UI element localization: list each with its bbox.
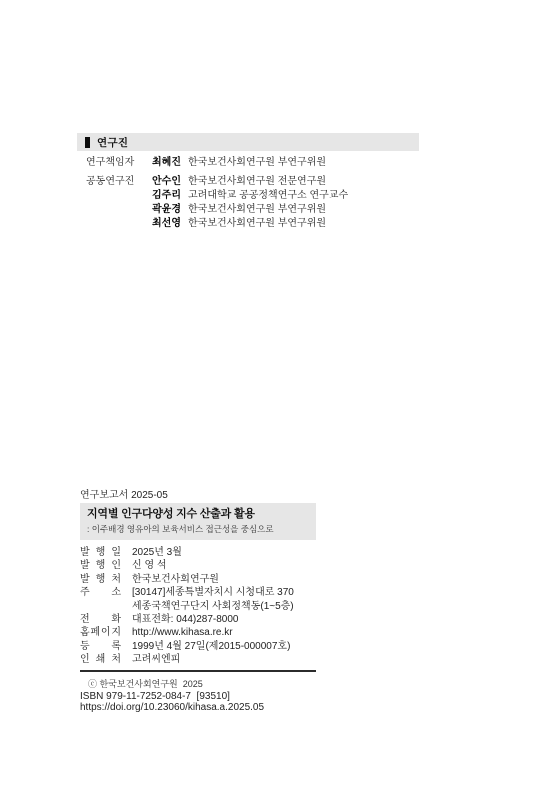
pub-info-row: 주소[30147]세종특별자치시 시청대로 370세종국책연구단지 사회정책동(… (80, 586, 294, 613)
member-affiliation: 한국보건사회연구원 부연구위원 (188, 217, 326, 231)
pub-info-line: 세종국책연구단지 사회정책동(1~5층) (132, 600, 294, 613)
pub-info-line: 2025년 3월 (132, 546, 182, 559)
pub-info-label: 발행인 (80, 559, 121, 572)
research-team-table: 연구책임자최혜진한국보건사회연구원 부연구위원공동연구진안수인한국보건사회연구원… (86, 156, 348, 236)
pub-info-value: [30147]세종특별자치시 시청대로 370세종국책연구단지 사회정책동(1~… (132, 586, 294, 613)
research-team-header: 연구진 (77, 133, 419, 151)
pub-info-row: 발행일2025년 3월 (80, 546, 294, 559)
isbn-line: ISBN 979-11-7252-084-7 [93510] (80, 691, 264, 702)
report-title-box: 지역별 인구다양성 지수 산출과 활용 : 이주배경 영유아의 보육서비스 접근… (80, 503, 316, 540)
pub-info-row: 발행인신 영 석 (80, 559, 294, 572)
pub-info-row: 등록1999년 4월 27일(제2015-000007호) (80, 640, 294, 653)
pub-info-row: 전화대표전화: 044)287-8000 (80, 613, 294, 626)
member-affiliation: 고려대학교 공공정책연구소 연구교수 (188, 189, 348, 203)
pub-info-label: 주소 (80, 586, 121, 613)
section-marker-icon (85, 137, 90, 148)
member-name: 김주리 (152, 189, 188, 203)
pub-info-value: 1999년 4월 27일(제2015-000007호) (132, 640, 290, 653)
pub-info-value: 신 영 석 (132, 559, 167, 572)
pub-info-value: 고려씨엔피 (132, 653, 180, 666)
pub-info-line: 1999년 4월 27일(제2015-000007호) (132, 640, 290, 653)
copyright-line: ⓒ 한국보건사회연구원 2025 (80, 679, 264, 690)
pub-info-label: 홈페이지 (80, 626, 121, 639)
member-affiliation: 한국보건사회연구원 부연구위원 (188, 156, 326, 170)
team-members: 안수인한국보건사회연구원 전문연구원김주리고려대학교 공공정책연구소 연구교수곽… (152, 175, 348, 231)
team-member-row: 김주리고려대학교 공공정책연구소 연구교수 (152, 189, 348, 203)
member-name: 곽윤경 (152, 203, 188, 217)
pub-info-label: 등록 (80, 640, 121, 653)
footer-divider (80, 670, 316, 672)
member-affiliation: 한국보건사회연구원 부연구위원 (188, 203, 326, 217)
team-group: 공동연구진안수인한국보건사회연구원 전문연구원김주리고려대학교 공공정책연구소 … (86, 175, 348, 231)
pub-info-value: 2025년 3월 (132, 546, 182, 559)
pub-info-label: 발행일 (80, 546, 121, 559)
pub-info-value: 한국보건사회연구원 (132, 573, 219, 586)
pub-info-row: 홈페이지http://www.kihasa.re.kr (80, 626, 294, 639)
homepage-url-link[interactable]: http://www.kihasa.re.kr (132, 626, 233, 639)
member-name: 최선영 (152, 217, 188, 231)
pub-info-label: 발행처 (80, 573, 121, 586)
pub-info-row: 발행처한국보건사회연구원 (80, 573, 294, 586)
team-member-row: 최선영한국보건사회연구원 부연구위원 (152, 217, 348, 231)
pub-info-row: 인쇄처고려씨엔피 (80, 653, 294, 666)
team-members: 최혜진한국보건사회연구원 부연구위원 (152, 156, 326, 170)
footer-block: ⓒ 한국보건사회연구원 2025 ISBN 979-11-7252-084-7 … (80, 679, 264, 714)
team-group: 연구책임자최혜진한국보건사회연구원 부연구위원 (86, 156, 348, 170)
pub-info-label: 인쇄처 (80, 653, 121, 666)
doi-link[interactable]: https://doi.org/10.23060/kihasa.a.2025.0… (80, 702, 264, 713)
colophon-page: 연구진 연구책임자최혜진한국보건사회연구원 부연구위원공동연구진안수인한국보건사… (0, 0, 546, 800)
pub-info-line: 대표전화: 044)287-8000 (132, 613, 238, 626)
pub-info-value: 대표전화: 044)287-8000 (132, 613, 238, 626)
team-role-label: 공동연구진 (86, 175, 152, 231)
research-team-title: 연구진 (97, 135, 128, 150)
report-title: 지역별 인구다양성 지수 산출과 활용 (87, 508, 308, 521)
pub-info-line: 신 영 석 (132, 559, 167, 572)
publication-info: 발행일2025년 3월발행인신 영 석발행처한국보건사회연구원주소[30147]… (80, 546, 294, 667)
team-member-row: 곽윤경한국보건사회연구원 부연구위원 (152, 203, 348, 217)
member-name: 안수인 (152, 175, 188, 189)
pub-info-line: 고려씨엔피 (132, 653, 180, 666)
report-subtitle: : 이주배경 영유아의 보육서비스 접근성을 중심으로 (87, 524, 308, 534)
member-affiliation: 한국보건사회연구원 전문연구원 (188, 175, 326, 189)
team-member-row: 안수인한국보건사회연구원 전문연구원 (152, 175, 348, 189)
member-name: 최혜진 (152, 156, 188, 170)
team-member-row: 최혜진한국보건사회연구원 부연구위원 (152, 156, 326, 170)
pub-info-value: http://www.kihasa.re.kr (132, 626, 233, 639)
pub-info-line: 한국보건사회연구원 (132, 573, 219, 586)
pub-info-line: [30147]세종특별자치시 시청대로 370 (132, 586, 294, 599)
report-series-number: 연구보고서 2025-05 (80, 486, 168, 501)
team-role-label: 연구책임자 (86, 156, 152, 170)
pub-info-label: 전화 (80, 613, 121, 626)
